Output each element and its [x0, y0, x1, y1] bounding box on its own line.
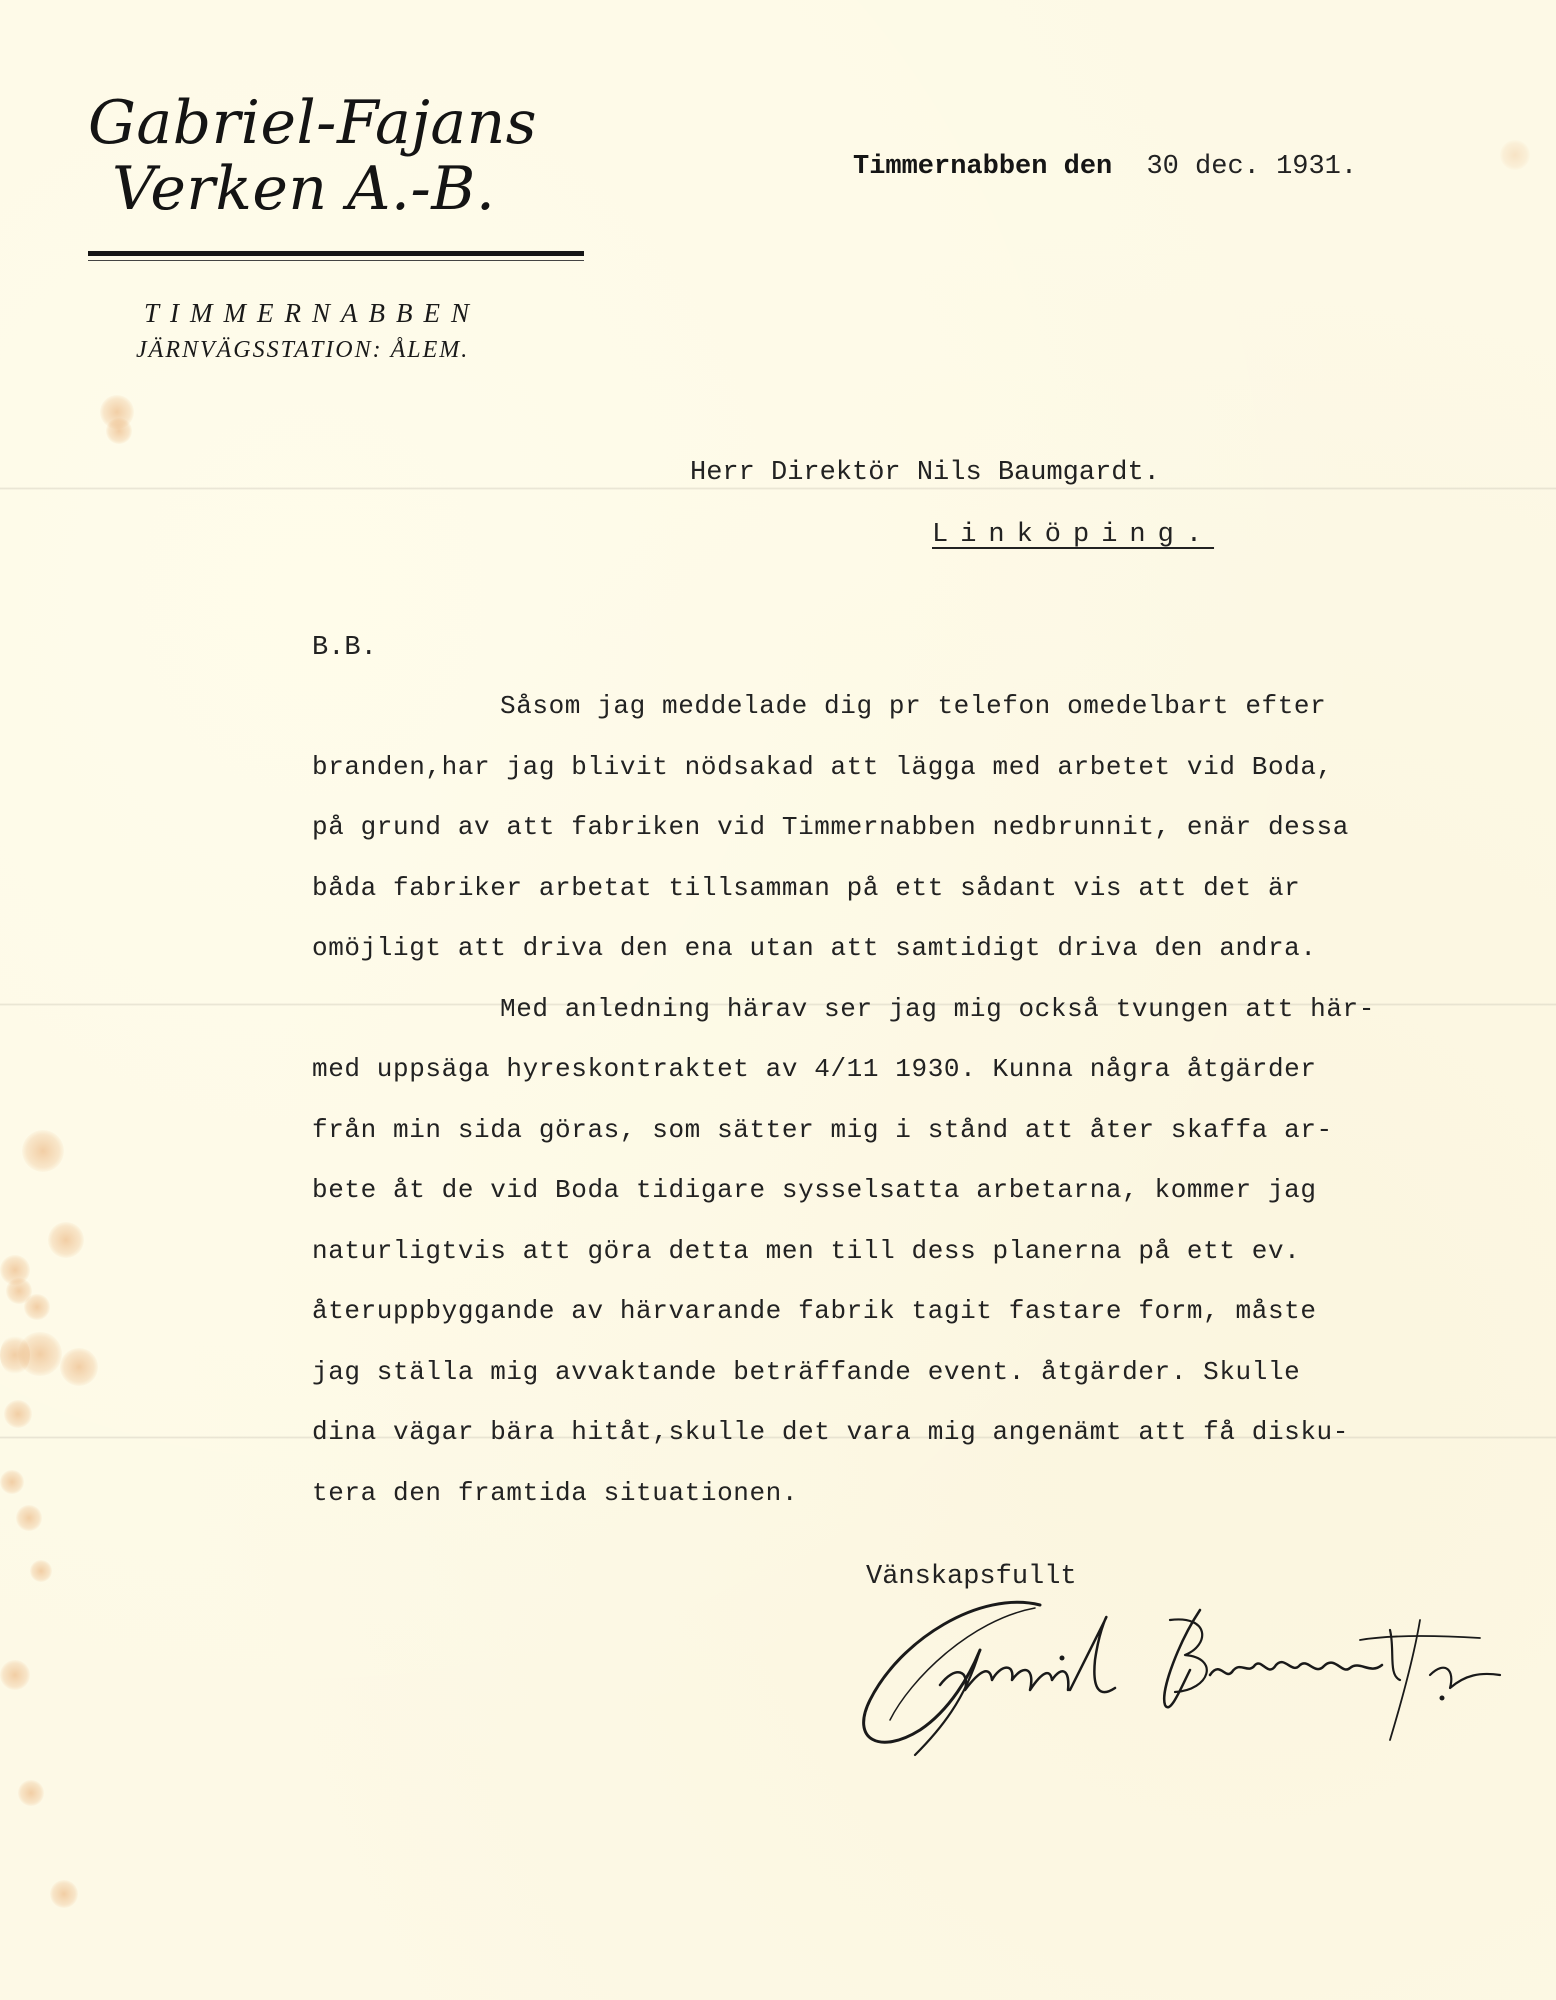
letterhead-rule-thin [88, 260, 584, 261]
body-line: jag ställa mig avvaktande beträffande ev… [312, 1352, 1512, 1413]
body-line: Med anledning härav ser jag mig också tv… [312, 989, 1512, 1050]
body-line: återuppbyggande av härvarande fabrik tag… [312, 1291, 1512, 1352]
letterhead: Gabriel-Fajans Verken A.-B. TIMMERNABBEN… [88, 90, 588, 222]
company-name-line1: Gabriel-Fajans [88, 90, 588, 156]
body-line: båda fabriker arbetat tillsamman på ett … [312, 868, 1512, 929]
body-line: tera den framtida situationen. [312, 1473, 1512, 1534]
body-line: från min sida göras, som sätter mig i st… [312, 1110, 1512, 1171]
recipient-city: Linköping. [932, 520, 1214, 550]
handwritten-signature-icon [830, 1580, 1556, 1780]
salutation: B.B. [312, 633, 377, 663]
body-line: branden,har jag blivit nödsakad att lägg… [312, 747, 1512, 808]
date-value: 30 dec. 1931. [1146, 152, 1357, 182]
letterhead-town: TIMMERNABBEN [144, 298, 480, 329]
body-line: bete åt de vid Boda tidigare sysselsatta… [312, 1170, 1512, 1231]
body-line: naturligtvis att göra detta men till des… [312, 1231, 1512, 1292]
date-place: Timmernabben den [853, 152, 1112, 182]
date-line: Timmernabben den 30 dec. 1931. [853, 152, 1357, 182]
body-line: Såsom jag meddelade dig pr telefon omede… [312, 686, 1512, 747]
body-line: omöjligt att driva den ena utan att samt… [312, 928, 1512, 989]
letterhead-rule-thick [88, 251, 584, 256]
body-line: med uppsäga hyreskontraktet av 4/11 1930… [312, 1049, 1512, 1110]
letterhead-railway-station: JÄRNVÄGSSTATION: ÅLEM. [136, 337, 469, 364]
company-name-line2: Verken A.-B. [88, 156, 588, 222]
letter-body: Såsom jag meddelade dig pr telefon omede… [312, 686, 1512, 1533]
recipient-name: Herr Direktör Nils Baumgardt. [690, 458, 1160, 488]
body-line: på grund av att fabriken vid Timmernabbe… [312, 807, 1512, 868]
body-line: dina vägar bära hitåt,skulle det vara mi… [312, 1412, 1512, 1473]
